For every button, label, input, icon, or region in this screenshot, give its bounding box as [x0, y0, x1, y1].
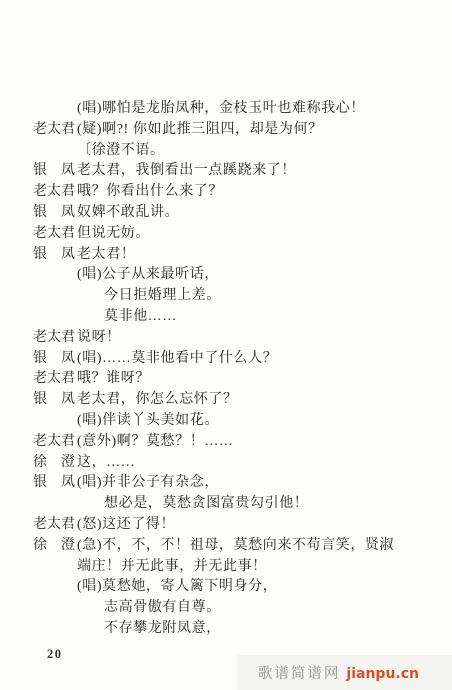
script-line: 想必是，莫愁贪图富贵勾引他！	[33, 494, 446, 515]
script-line: 银 凤(唱)并非公子有杂念，	[33, 473, 446, 494]
script-line: 银 凤老太君！	[33, 245, 446, 266]
speaker-name: 老太君	[33, 182, 77, 203]
line-text: 老太君，我倒看出一点蹊跷来了！	[77, 161, 296, 182]
line-text: (唱)……莫非他看中了什么人？	[77, 349, 277, 370]
script-line: 端庄！并无此事，并无此事！	[33, 557, 446, 578]
line-text: 奴婢不敢乱讲。	[77, 203, 179, 224]
line-text: (唱)哪怕是龙胎凤种，金枝玉叶也难称我心！	[77, 99, 365, 120]
line-text: (怒)这还了得！	[77, 515, 175, 536]
speaker-name: 银 凤	[33, 349, 77, 370]
speaker-name	[33, 265, 77, 286]
line-text: 哦？谁呀？	[77, 369, 150, 390]
speaker-name	[33, 494, 77, 515]
speaker-name	[33, 577, 77, 598]
script-line: 银 凤(唱)……莫非他看中了什么人？	[33, 349, 446, 370]
script-line: (唱)伴读丫头美如花。	[33, 411, 446, 432]
script-body: (唱)哪怕是龙胎凤种，金枝玉叶也难称我心！老太君(疑)啊?! 你如此推三阻四，却…	[33, 99, 446, 640]
line-text: 〔徐澄不语。	[77, 141, 165, 162]
script-line: 老太君(怒)这还了得！	[33, 515, 446, 536]
line-text: 这，……	[77, 453, 135, 474]
speaker-name: 银 凤	[33, 203, 77, 224]
line-text: 莫非他……	[77, 307, 177, 328]
line-text: (唱)伴读丫头美如花。	[77, 411, 219, 432]
line-text: 志高骨傲有自尊。	[77, 598, 221, 619]
speaker-name: 老太君	[33, 369, 77, 390]
line-text: (意外)啊？莫愁？！……	[77, 432, 234, 453]
speaker-name: 银 凤	[33, 473, 77, 494]
script-line: 不存攀龙附凤意，	[33, 619, 446, 640]
script-line: 〔徐澄不语。	[33, 141, 446, 162]
script-line: 老太君说呀！	[33, 328, 446, 349]
speaker-name: 老太君	[33, 328, 77, 349]
page-number: 20	[47, 647, 63, 662]
scanned-script-page: (唱)哪怕是龙胎凤种，金枝玉叶也难称我心！老太君(疑)啊?! 你如此推三阻四，却…	[0, 0, 452, 690]
script-line: 老太君哦？谁呀？	[33, 369, 446, 390]
script-line: 银 凤老太君，你怎么忘怀了？	[33, 390, 446, 411]
line-text: 不存攀龙附凤意，	[77, 619, 221, 640]
script-line: 今日拒婚理上差。	[33, 286, 446, 307]
line-text: (唱)并非公子有杂念，	[77, 473, 219, 494]
script-line: (唱)哪怕是龙胎凤种，金枝玉叶也难称我心！	[33, 99, 446, 120]
watermark-site-name: 歌谱简谱网	[258, 662, 341, 683]
script-line: 老太君(意外)啊？莫愁？！……	[33, 432, 446, 453]
script-line: 老太君但说无妨。	[33, 224, 446, 245]
script-line: (唱)莫愁她，寄人篱下明身分，	[33, 577, 446, 598]
script-line: 老太君(疑)啊?! 你如此推三阻四，却是为何？	[33, 120, 446, 141]
line-text: 端庄！并无此事，并无此事！	[77, 557, 267, 578]
speaker-name	[33, 619, 77, 640]
line-text: 今日拒婚理上差。	[77, 286, 221, 307]
watermark: 歌谱简谱网 jianpu.cn	[258, 662, 419, 683]
speaker-name: 银 凤	[33, 390, 77, 411]
line-text: (疑)啊?! 你如此推三阻四，却是为何？	[77, 120, 323, 141]
speaker-name	[33, 141, 77, 162]
line-text: (唱)莫愁她，寄人篱下明身分，	[77, 577, 277, 598]
speaker-name: 银 凤	[33, 245, 77, 266]
watermark-site-url: jianpu.cn	[346, 666, 419, 682]
line-text: (唱)公子从来最听话，	[77, 265, 219, 286]
script-line: (唱)公子从来最听话，	[33, 265, 446, 286]
speaker-name: 老太君	[33, 120, 77, 141]
script-line: 徐 澄(急)不，不，不！祖母，莫愁向来不苟言笑，贤淑	[33, 536, 446, 557]
speaker-name	[33, 307, 77, 328]
script-line: 银 凤老太君，我倒看出一点蹊跷来了！	[33, 161, 446, 182]
line-text: 老太君！	[77, 245, 135, 266]
line-text: 老太君，你怎么忘怀了？	[77, 390, 238, 411]
speaker-name	[33, 411, 77, 432]
line-text: 想必是，莫愁贪图富贵勾引他！	[77, 494, 308, 515]
line-text: (急)不，不，不！祖母，莫愁向来不苟言笑，贤淑	[77, 536, 394, 557]
script-line: 莫非他……	[33, 307, 446, 328]
line-text: 哦？你看出什么来了？	[77, 182, 223, 203]
script-line: 徐 澄这，……	[33, 453, 446, 474]
line-text: 但说无妨。	[77, 224, 150, 245]
speaker-name	[33, 99, 77, 120]
speaker-name	[33, 557, 77, 578]
script-line: 志高骨傲有自尊。	[33, 598, 446, 619]
speaker-name: 徐 澄	[33, 536, 77, 557]
speaker-name: 老太君	[33, 224, 77, 245]
speaker-name: 徐 澄	[33, 453, 77, 474]
speaker-name	[33, 286, 77, 307]
speaker-name: 老太君	[33, 515, 77, 536]
line-text: 说呀！	[77, 328, 121, 349]
script-line: 老太君哦？你看出什么来了？	[33, 182, 446, 203]
script-line: 银 凤奴婢不敢乱讲。	[33, 203, 446, 224]
speaker-name: 老太君	[33, 432, 77, 453]
speaker-name	[33, 598, 77, 619]
speaker-name: 银 凤	[33, 161, 77, 182]
